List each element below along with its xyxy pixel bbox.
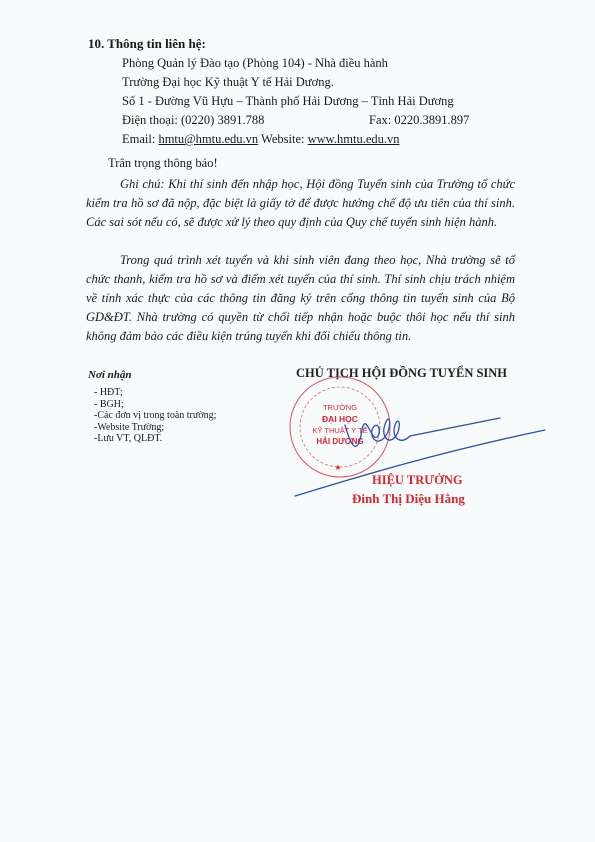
stamp-line: HẢI DƯƠNG xyxy=(316,437,363,446)
stamp-line: KỸ THUẬT Y TẾ xyxy=(312,425,367,435)
signer-role: HIỆU TRƯỞNG xyxy=(372,473,463,488)
stamp-line: ĐẠI HỌC xyxy=(322,414,358,424)
signer-name: Đinh Thị Diệu Hằng xyxy=(352,491,465,507)
svg-text:★: ★ xyxy=(334,463,341,472)
stamp-line: TRƯỜNG xyxy=(323,403,357,412)
official-stamp-icon: TRƯỜNG ĐẠI HỌC KỸ THUẬT Y TẾ HẢI DƯƠNG ★ xyxy=(290,377,390,477)
stamp-and-signature: TRƯỜNG ĐẠI HỌC KỸ THUẬT Y TẾ HẢI DƯƠNG ★ xyxy=(0,0,595,842)
